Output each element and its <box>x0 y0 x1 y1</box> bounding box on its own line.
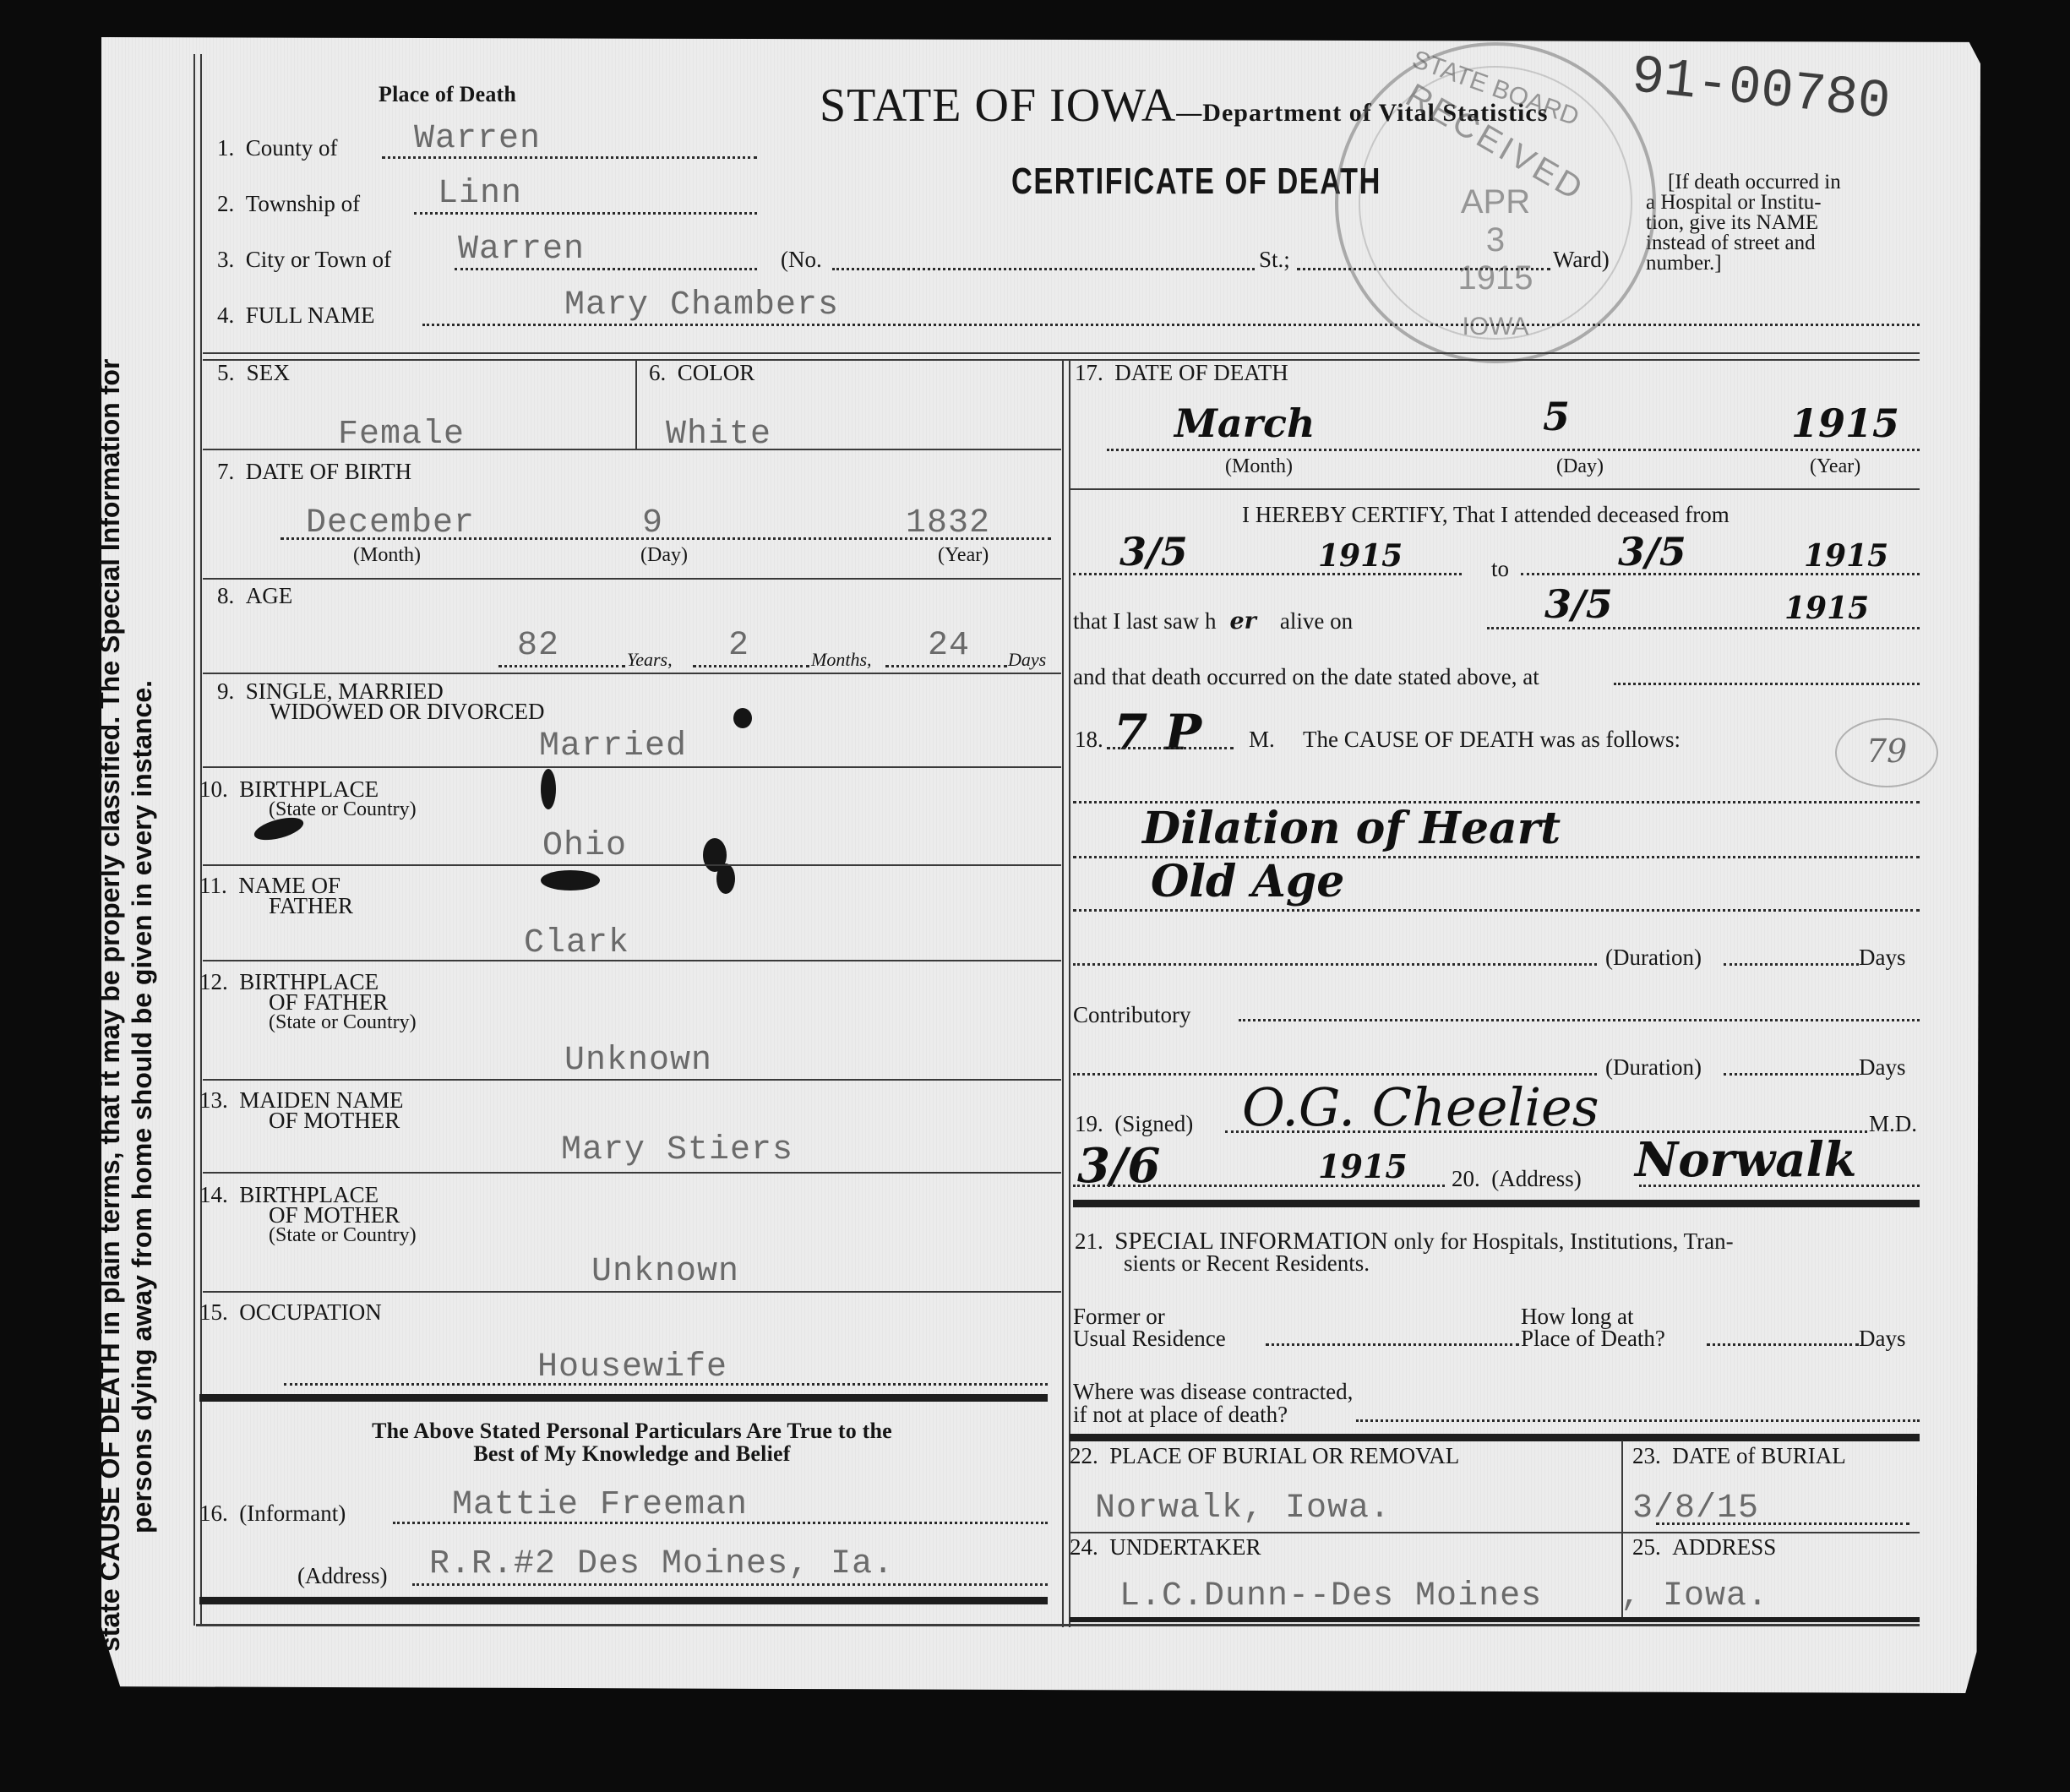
f5-num: 5. <box>217 360 235 385</box>
where-line-2: if not at place of death? <box>1073 1403 1353 1426</box>
where-contracted: Where was disease contracted, if not at … <box>1073 1381 1353 1426</box>
f14-label-line-2: OF MOTHER <box>199 1205 417 1225</box>
certificate-title: CERTIFICATE OF DEATH <box>1011 161 1381 203</box>
f2-label: 2. Township of <box>217 193 360 215</box>
last-saw-label: that I last saw heralive on <box>1073 610 1353 633</box>
margin-instructions: state CAUSE OF DEATH in plain terms, tha… <box>95 131 159 1652</box>
bottom-thick-bar <box>1070 1617 1920 1622</box>
f24-num: 24. <box>1070 1534 1098 1560</box>
f13-label-line-2: OF MOTHER <box>199 1110 403 1130</box>
f12-label: 12. BIRTHPLACE OF FATHER (State or Count… <box>199 972 417 1032</box>
f4-label: 4. FULL NAME <box>217 304 375 327</box>
received-stamp: STATE BOARD RECEIVED APR 3 1915 IOWA <box>1335 42 1656 363</box>
f20-line <box>1639 1185 1920 1187</box>
f3-label: 3. City or Town of <box>217 248 391 271</box>
f16-address-label: (Address) <box>297 1565 387 1588</box>
f14-rule <box>203 1291 1061 1293</box>
f17-rule <box>1070 488 1920 490</box>
f14-label: 14. BIRTHPLACE OF MOTHER (State or Count… <box>199 1185 417 1245</box>
f11-value: Clark <box>524 927 629 961</box>
f9-value: Married <box>539 730 687 764</box>
f12-label-line-3: (State or Country) <box>199 1012 417 1032</box>
certify-to-date: 3/5 <box>1618 532 1686 571</box>
f9-rule <box>203 766 1061 768</box>
f11-rule <box>203 960 1061 961</box>
f5-label: 5. SEX <box>217 362 290 384</box>
f19-label-text: (Signed) <box>1114 1111 1193 1136</box>
ink-blot <box>541 769 556 809</box>
f18-time: 7 P <box>1114 708 1201 757</box>
f4-label-text: FULL NAME <box>246 302 375 328</box>
f22-num: 22. <box>1070 1443 1098 1468</box>
f3-no-line <box>832 268 1255 270</box>
duration-line-1 <box>1073 963 1597 966</box>
how-long: How long at Place of Death? <box>1521 1305 1665 1349</box>
f18-time-line <box>1107 747 1234 749</box>
f19-year: 1915 <box>1318 1151 1408 1183</box>
f15-num: 15. <box>199 1299 228 1325</box>
f17-month-caption: (Month) <box>1225 456 1293 477</box>
f15-line <box>284 1383 1048 1386</box>
duration-days-2: Days <box>1859 1056 1906 1079</box>
f18-num: 18. <box>1075 728 1103 751</box>
f6-value: White <box>666 418 771 452</box>
last-saw-prefix: that I last saw h <box>1073 608 1216 634</box>
cause-line-2-text: Old Age <box>1151 860 1344 904</box>
f21-heading: 21. SPECIAL INFORMATION only for Hospita… <box>1075 1230 1734 1274</box>
f8-line <box>498 665 625 667</box>
f5-label-text: SEX <box>247 360 291 385</box>
f19-suffix: M.D. <box>1869 1113 1917 1136</box>
double-rule-top <box>203 352 1920 354</box>
occurred-dots <box>1614 683 1920 685</box>
f16-address-line <box>412 1583 1048 1586</box>
f7-year: 1832 <box>906 507 990 541</box>
certify-to-year: 1915 <box>1804 541 1888 571</box>
ink-blot <box>541 870 600 891</box>
f7-label: 7. DATE OF BIRTH <box>217 460 411 483</box>
former-line-1: Former or <box>1073 1305 1226 1327</box>
hospital-note-line-2: a Hospital or Institu- <box>1646 193 1841 213</box>
last-saw-pronoun: er <box>1216 608 1279 635</box>
f8-line-3 <box>885 665 1007 667</box>
certify-line: I HEREBY CERTIFY, That I attended deceas… <box>1242 504 1730 526</box>
cause-line-3 <box>1073 909 1920 912</box>
f2-value: Linn <box>438 177 522 211</box>
f19-signature: O.G. Cheelies <box>1242 1081 1599 1134</box>
f8-label: 8. AGE <box>217 585 292 607</box>
occurred-line: and that death occurred on the date stat… <box>1073 666 1539 689</box>
f17-year: 1915 <box>1791 404 1899 443</box>
affirmation-line-1: The Above Stated Personal Particulars Ar… <box>203 1419 1061 1442</box>
f8-years-caption: Years, <box>627 651 673 669</box>
f7-day-caption: (Day) <box>640 545 688 565</box>
f21-heading-line-2: sients or Recent Residents. <box>1075 1252 1734 1274</box>
f16-thick-bar <box>199 1597 1048 1604</box>
f12-value: Unknown <box>564 1044 712 1078</box>
f5-value: Female <box>338 418 465 452</box>
f2-label-text: Township of <box>246 191 360 216</box>
f17-label-text: DATE OF DEATH <box>1114 360 1288 385</box>
double-rule-bottom <box>203 359 1920 361</box>
f7-label-text: DATE OF BIRTH <box>246 459 411 484</box>
certify-to-line <box>1521 573 1920 575</box>
f22-value: Norwalk, Iowa. <box>1095 1492 1391 1526</box>
f7-year-caption: (Year) <box>938 545 989 565</box>
f13-rule <box>203 1172 1061 1174</box>
f14-label-line-3: (State or Country) <box>199 1225 417 1245</box>
ink-blot <box>733 708 752 728</box>
f1-num: 1. <box>217 135 234 161</box>
f17-day-caption: (Day) <box>1556 456 1604 477</box>
f25-num: 25. <box>1632 1534 1661 1560</box>
f16-label-text: (Informant) <box>239 1501 346 1526</box>
f9-num: 9. <box>217 678 234 704</box>
f15-value: Housewife <box>537 1351 727 1385</box>
f14-value: Unknown <box>591 1255 739 1289</box>
f9-label-line-2: WIDOWED OR DIVORCED <box>217 701 544 722</box>
duration-label-2: (Duration) <box>1605 1056 1702 1079</box>
f12-rule <box>203 1079 1061 1081</box>
f13-value: Mary Stiers <box>561 1134 793 1168</box>
former-line-2: Usual Residence <box>1073 1327 1226 1349</box>
state-title-text: STATE OF IOWA <box>820 79 1176 132</box>
ink-blot <box>716 863 735 894</box>
margin-line-2: persons dying away from home should be g… <box>127 131 159 1652</box>
f1-label: 1. County of <box>217 137 338 160</box>
f4-value: Mary Chambers <box>564 289 839 323</box>
f8-months: 2 <box>728 629 749 663</box>
f6-label-text: COLOR <box>678 360 755 385</box>
hospital-note-line-1: [If death occurred in <box>1646 172 1841 193</box>
former-line <box>1266 1343 1519 1346</box>
f16-num: 16. <box>199 1501 228 1526</box>
f20-value: Norwalk <box>1635 1136 1857 1184</box>
affirmation: The Above Stated Personal Particulars Ar… <box>203 1419 1061 1465</box>
f10-label: 10. BIRTHPLACE (State or Country) <box>199 779 417 820</box>
f7-month-caption: (Month) <box>353 545 421 565</box>
f9-label: 9. SINGLE, MARRIED WIDOWED OR DIVORCED <box>217 681 544 722</box>
f23-label-text: DATE of BURIAL <box>1672 1443 1845 1468</box>
f18-m-label: M. <box>1249 728 1275 751</box>
hospital-note-line-3: tion, give its NAME <box>1646 213 1841 233</box>
f23-value: 3/8/15 <box>1632 1492 1759 1526</box>
f20-label-text: (Address) <box>1491 1166 1581 1191</box>
f21-num: 21. <box>1075 1228 1103 1254</box>
f16-address: R.R.#2 Des Moines, Ia. <box>429 1548 894 1582</box>
f24-label-text: UNDERTAKER <box>1109 1534 1261 1560</box>
f7-rule <box>203 578 1061 580</box>
f21-heading-rest: only for Hospitals, Institutions, Tran- <box>1388 1228 1734 1254</box>
howlong-line-1: How long at <box>1521 1305 1665 1327</box>
f8-days-caption: Days <box>1008 651 1046 669</box>
f8-num: 8. <box>217 583 234 608</box>
contributory-label: Contributory <box>1073 1004 1191 1027</box>
f16-label: 16. (Informant) <box>199 1502 346 1525</box>
f19-date: 3/6 <box>1077 1142 1160 1190</box>
f19-date-line <box>1073 1185 1445 1187</box>
f24-label: 24. UNDERTAKER <box>1070 1536 1261 1559</box>
certify-from-date: 3/5 <box>1119 532 1188 571</box>
f6-label: 6. COLOR <box>649 362 754 384</box>
f18-cause-label: The CAUSE OF DEATH was as follows: <box>1303 728 1681 751</box>
howlong-line-2: Place of Death? <box>1521 1327 1665 1349</box>
f8-label-text: AGE <box>246 583 293 608</box>
f25-label: 25. ADDRESS <box>1632 1536 1776 1559</box>
f17-num: 17. <box>1075 360 1103 385</box>
hospital-note-line-5: number.] <box>1646 253 1841 274</box>
column-divider <box>1062 360 1064 1627</box>
f10-value: Ohio <box>542 830 627 863</box>
f17-year-caption: (Year) <box>1810 456 1860 477</box>
f10-num: 10. <box>199 776 228 802</box>
f15-label: 15. OCCUPATION <box>199 1301 382 1324</box>
duration-line-2 <box>1073 1073 1597 1076</box>
frame-left-inner <box>200 54 202 1626</box>
f22-label: 22. PLACE OF BURIAL OR REMOVAL <box>1070 1445 1459 1468</box>
frame-left-outer <box>193 54 195 1626</box>
cause-line-1-text: Dilation of Heart <box>1142 807 1561 851</box>
place-of-death-heading: Place of Death <box>379 84 516 106</box>
where-line <box>1356 1419 1920 1422</box>
stamp-iowa: IOWA <box>1338 314 1653 340</box>
f19-label: 19. (Signed) <box>1075 1113 1193 1136</box>
howlong-days: Days <box>1859 1327 1906 1350</box>
duration-days-1: Days <box>1859 946 1906 969</box>
f6-rule <box>203 449 1061 450</box>
hospital-note-line-4: instead of street and <box>1646 233 1841 253</box>
f12-num: 12. <box>199 969 228 994</box>
last-saw-date: 3/5 <box>1544 585 1613 624</box>
f8-line-2 <box>693 665 809 667</box>
f2-num: 2. <box>217 191 234 216</box>
f3-no-label: (No. <box>781 248 822 271</box>
duration-days-line-1 <box>1724 963 1859 966</box>
f10-label-line-2: (State or Country) <box>199 799 417 820</box>
f22-label-text: PLACE OF BURIAL OR REMOVAL <box>1109 1443 1459 1468</box>
f15-thick-bar <box>199 1394 1048 1402</box>
f23-label: 23. DATE of BURIAL <box>1632 1445 1846 1468</box>
f8-years: 82 <box>517 629 559 663</box>
f7-month: December <box>306 507 475 541</box>
f15-label-text: OCCUPATION <box>239 1299 382 1325</box>
f25-value: , Iowa. <box>1621 1580 1768 1614</box>
contributory-line <box>1239 1019 1920 1021</box>
f16-value: Mattie Freeman <box>452 1489 748 1522</box>
bottom-rule <box>196 1624 1920 1626</box>
f20-num: 20. <box>1452 1166 1480 1191</box>
f11-label: 11. NAME OF FATHER <box>199 875 353 916</box>
margin-line-1: state CAUSE OF DEATH in plain terms, tha… <box>95 131 127 1652</box>
stamp-month: APR <box>1338 185 1653 219</box>
certify-from-year: 1915 <box>1318 541 1403 571</box>
f20-label: 20. (Address) <box>1452 1168 1582 1190</box>
last-saw-line <box>1487 627 1920 629</box>
f21-thick-bar <box>1070 1434 1920 1441</box>
f7-day: 9 <box>642 507 663 541</box>
f7-num: 7. <box>217 459 234 484</box>
f17-line <box>1107 449 1920 451</box>
f11-label-line-2: FATHER <box>199 896 353 916</box>
f3-st-line <box>1297 268 1550 270</box>
f13-label: 13. MAIDEN NAME OF MOTHER <box>199 1090 403 1130</box>
f17-day: 5 <box>1543 397 1570 436</box>
affirmation-line-2: Best of My Knowledge and Belief <box>203 1442 1061 1465</box>
f13-num: 13. <box>199 1087 228 1113</box>
duration-label-1: (Duration) <box>1605 946 1702 969</box>
file-annotation: 79 <box>1866 733 1907 770</box>
certify-to-label: to <box>1491 558 1509 580</box>
f1-label-text: County of <box>246 135 338 161</box>
f1-value: Warren <box>414 123 541 156</box>
howlong-line <box>1707 1343 1859 1346</box>
former-residence: Former or Usual Residence <box>1073 1305 1226 1349</box>
where-line-1: Where was disease contracted, <box>1073 1381 1353 1403</box>
hospital-note: [If death occurred in a Hospital or Inst… <box>1646 172 1841 274</box>
f5-f6-divider <box>635 360 637 449</box>
f8-rule <box>203 673 1061 674</box>
f3-st-label: St.; <box>1259 248 1290 271</box>
f17-label: 17. DATE OF DEATH <box>1075 362 1288 384</box>
f11-num: 11. <box>199 873 227 898</box>
f3-num: 3. <box>217 247 234 272</box>
last-saw-year: 1915 <box>1784 593 1869 624</box>
f6-num: 6. <box>649 360 666 385</box>
f3-value: Warren <box>458 233 585 267</box>
f20-thick-bar <box>1073 1200 1920 1207</box>
f7-line <box>281 537 1051 540</box>
f23-num: 23. <box>1632 1443 1661 1468</box>
f23-rule <box>1070 1532 1920 1533</box>
last-saw-suffix: alive on <box>1280 608 1353 634</box>
f24-value: L.C.Dunn--Des Moines <box>1119 1580 1542 1614</box>
f12-label-line-2: OF FATHER <box>199 992 417 1012</box>
f3-label-text: City or Town of <box>246 247 391 272</box>
f8-months-caption: Months, <box>811 651 872 669</box>
f10-rule <box>203 864 1061 866</box>
f17-month: March <box>1174 404 1315 443</box>
f3-ward-label: Ward) <box>1553 248 1610 271</box>
f23-line <box>1656 1522 1909 1525</box>
file-annotation-circle: 79 <box>1835 718 1938 787</box>
f14-num: 14. <box>199 1182 228 1207</box>
f19-num: 19. <box>1075 1111 1103 1136</box>
duration-days-line-2 <box>1724 1073 1859 1076</box>
certify-from-line <box>1073 573 1462 575</box>
f4-num: 4. <box>217 302 234 328</box>
f8-days: 24 <box>928 629 970 663</box>
f25-label-text: ADDRESS <box>1672 1534 1776 1560</box>
